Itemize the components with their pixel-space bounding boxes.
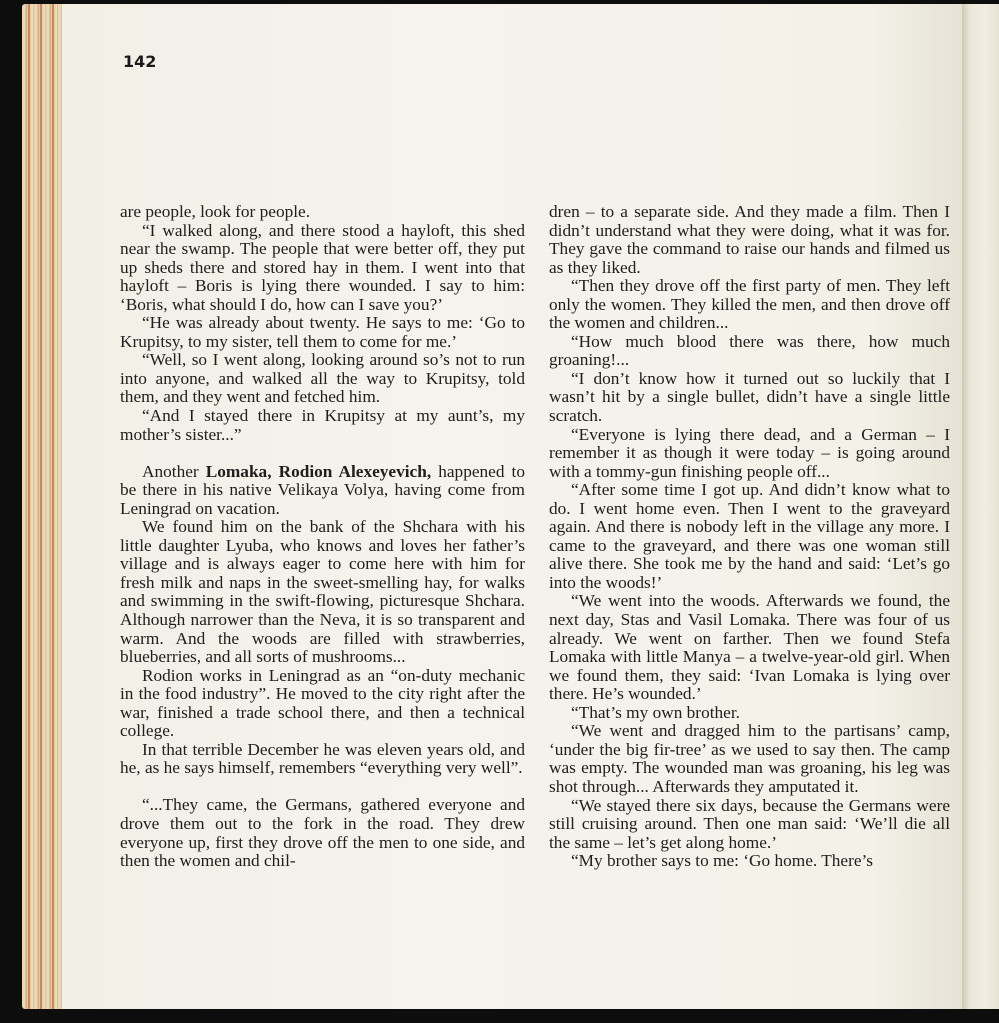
paragraph: In that terrible December he was eleven … — [120, 741, 525, 778]
paragraph: “He was already about twenty. He says to… — [120, 314, 525, 351]
paragraph: “We went and dragged him to the partisan… — [549, 722, 950, 796]
paragraph: “How much blood there was there, how muc… — [549, 333, 950, 370]
paragraph: Rodion works in Leningrad as an “on-duty… — [120, 667, 525, 741]
paragraph: “And I stayed there in Krupitsy at my au… — [120, 407, 525, 444]
facing-page-edge — [962, 4, 999, 1009]
paragraph: We found him on the bank of the Shchara … — [120, 518, 525, 666]
paragraph-intro: Another Lomaka, Rodion Alexeyevich, happ… — [120, 463, 525, 519]
page-number: 142 — [123, 52, 156, 71]
paragraph: “Then they drove off the first party of … — [549, 277, 950, 333]
paragraph: “...They came, the Germans, gathered eve… — [120, 796, 525, 870]
right-column: dren – to a separate side. And they made… — [549, 203, 950, 871]
book-scan: 142 are people, look for people. “I walk… — [0, 0, 999, 1023]
paragraph: “Well, so I went along, looking around s… — [120, 351, 525, 407]
paragraph: “After some time I got up. And didn’t kn… — [549, 481, 950, 592]
paragraph: “I walked along, and there stood a haylo… — [120, 222, 525, 315]
page-edges — [22, 4, 66, 1009]
paragraph: “We went into the woods. Afterwards we f… — [549, 592, 950, 703]
paragraph: “My brother says to me: ‘Go home. There’… — [549, 852, 950, 871]
paragraph: “I don’t know how it turned out so lucki… — [549, 370, 950, 426]
paragraph: “We stayed there six days, because the G… — [549, 797, 950, 853]
left-column: are people, look for people. “I walked a… — [120, 203, 525, 871]
paragraph: are people, look for people. — [120, 203, 525, 222]
paragraph: “That’s my own brother. — [549, 704, 950, 723]
text-run: Another — [142, 462, 206, 481]
paragraph: “Everyone is lying there dead, and a Ger… — [549, 426, 950, 482]
paragraph: dren – to a separate side. And they made… — [549, 203, 950, 277]
person-name: Lomaka, Rodion Alexeyevich, — [206, 462, 431, 481]
